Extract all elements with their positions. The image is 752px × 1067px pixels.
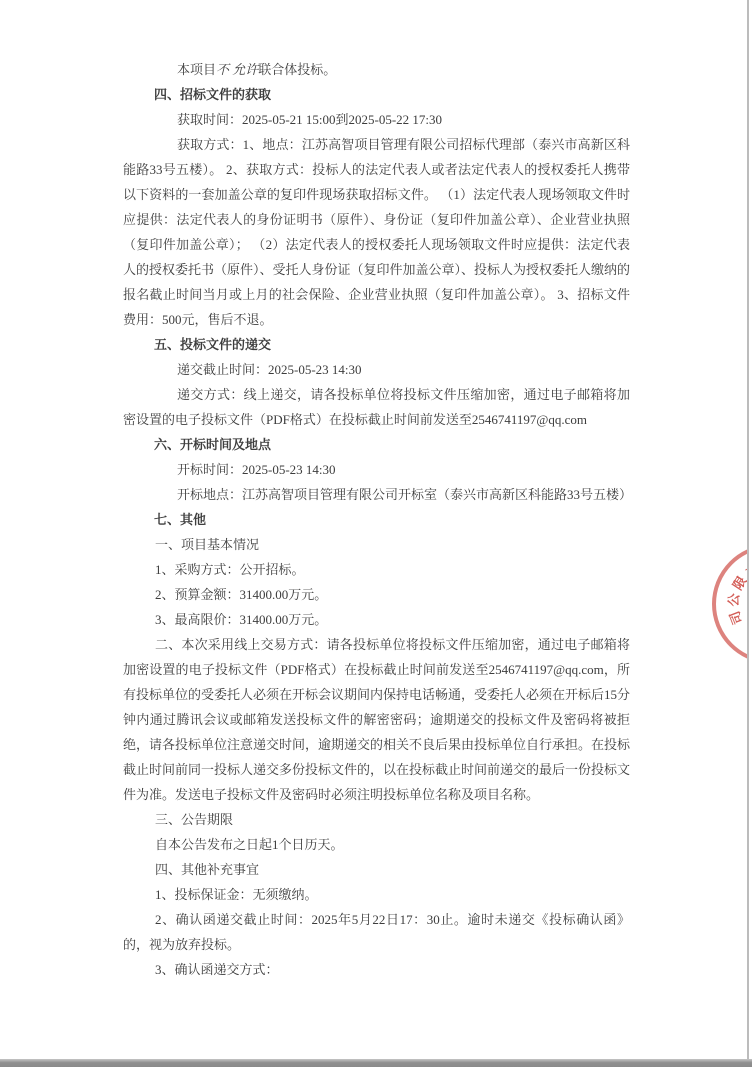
doc-heading: 四、招标文件的获取 <box>123 82 630 107</box>
doc-paragraph: 获取时间：2025-05-21 15:00到2025-05-22 17:30 <box>123 107 630 132</box>
document-content: 本项目不 允许联合体投标。四、招标文件的获取获取时间：2025-05-21 15… <box>123 57 630 982</box>
doc-paragraph: 2、确认函递交截止时间：2025年5月22日17：30止。逾时未递交《投标确认函… <box>123 907 630 957</box>
doc-paragraph: 2、预算金额：31400.00万元。 <box>123 582 630 607</box>
doc-heading: 六、开标时间及地点 <box>123 432 630 457</box>
doc-paragraph: 本项目不 允许联合体投标。 <box>123 57 630 82</box>
doc-paragraph: 开标时间：2025-05-23 14:30 <box>123 457 630 482</box>
page-right-edge <box>747 0 749 1059</box>
page-bottom-edge <box>0 1059 752 1067</box>
doc-paragraph: 开标地点：江苏高智项目管理有限公司开标室（泰兴市高新区科能路33号五楼） <box>123 482 630 507</box>
doc-paragraph: 递交截止时间：2025-05-23 14:30 <box>123 357 630 382</box>
text-segment: 本项目 <box>177 62 216 77</box>
company-seal: 有限公司 <box>712 544 747 664</box>
seal-char: 公 <box>723 592 740 608</box>
document-page: 本项目不 允许联合体投标。四、招标文件的获取获取时间：2025-05-21 15… <box>0 0 747 1059</box>
doc-paragraph: 1、投标保证金：无须缴纳。 <box>123 882 630 907</box>
text-segment: 联合体投标。 <box>258 62 336 77</box>
doc-paragraph: 一、项目基本情况 <box>123 532 630 557</box>
doc-paragraph: 获取方式：1、地点：江苏高智项目管理有限公司招标代理部（泰兴市高新区科能路33号… <box>123 132 630 332</box>
doc-paragraph: 四、其他补充事宜 <box>123 857 630 882</box>
doc-heading: 五、投标文件的递交 <box>123 332 630 357</box>
doc-paragraph: 1、采购方式：公开招标。 <box>123 557 630 582</box>
doc-paragraph: 三、公告期限 <box>123 807 630 832</box>
doc-paragraph: 二、本次采用线上交易方式：请各投标单位将投标文件压缩加密，通过电子邮箱将加密设置… <box>123 632 630 807</box>
emphasized-text: 不 允许 <box>216 62 258 77</box>
doc-paragraph: 3、确认函递交方式： <box>123 957 630 982</box>
doc-paragraph: 自本公告发布之日起1个日历天。 <box>123 832 630 857</box>
doc-paragraph: 3、最高限价：31400.00万元。 <box>123 607 630 632</box>
doc-paragraph: 递交方式：线上递交，请各投标单位将投标文件压缩加密，通过电子邮箱将加密设置的电子… <box>123 382 630 432</box>
doc-heading: 七、其他 <box>123 507 630 532</box>
